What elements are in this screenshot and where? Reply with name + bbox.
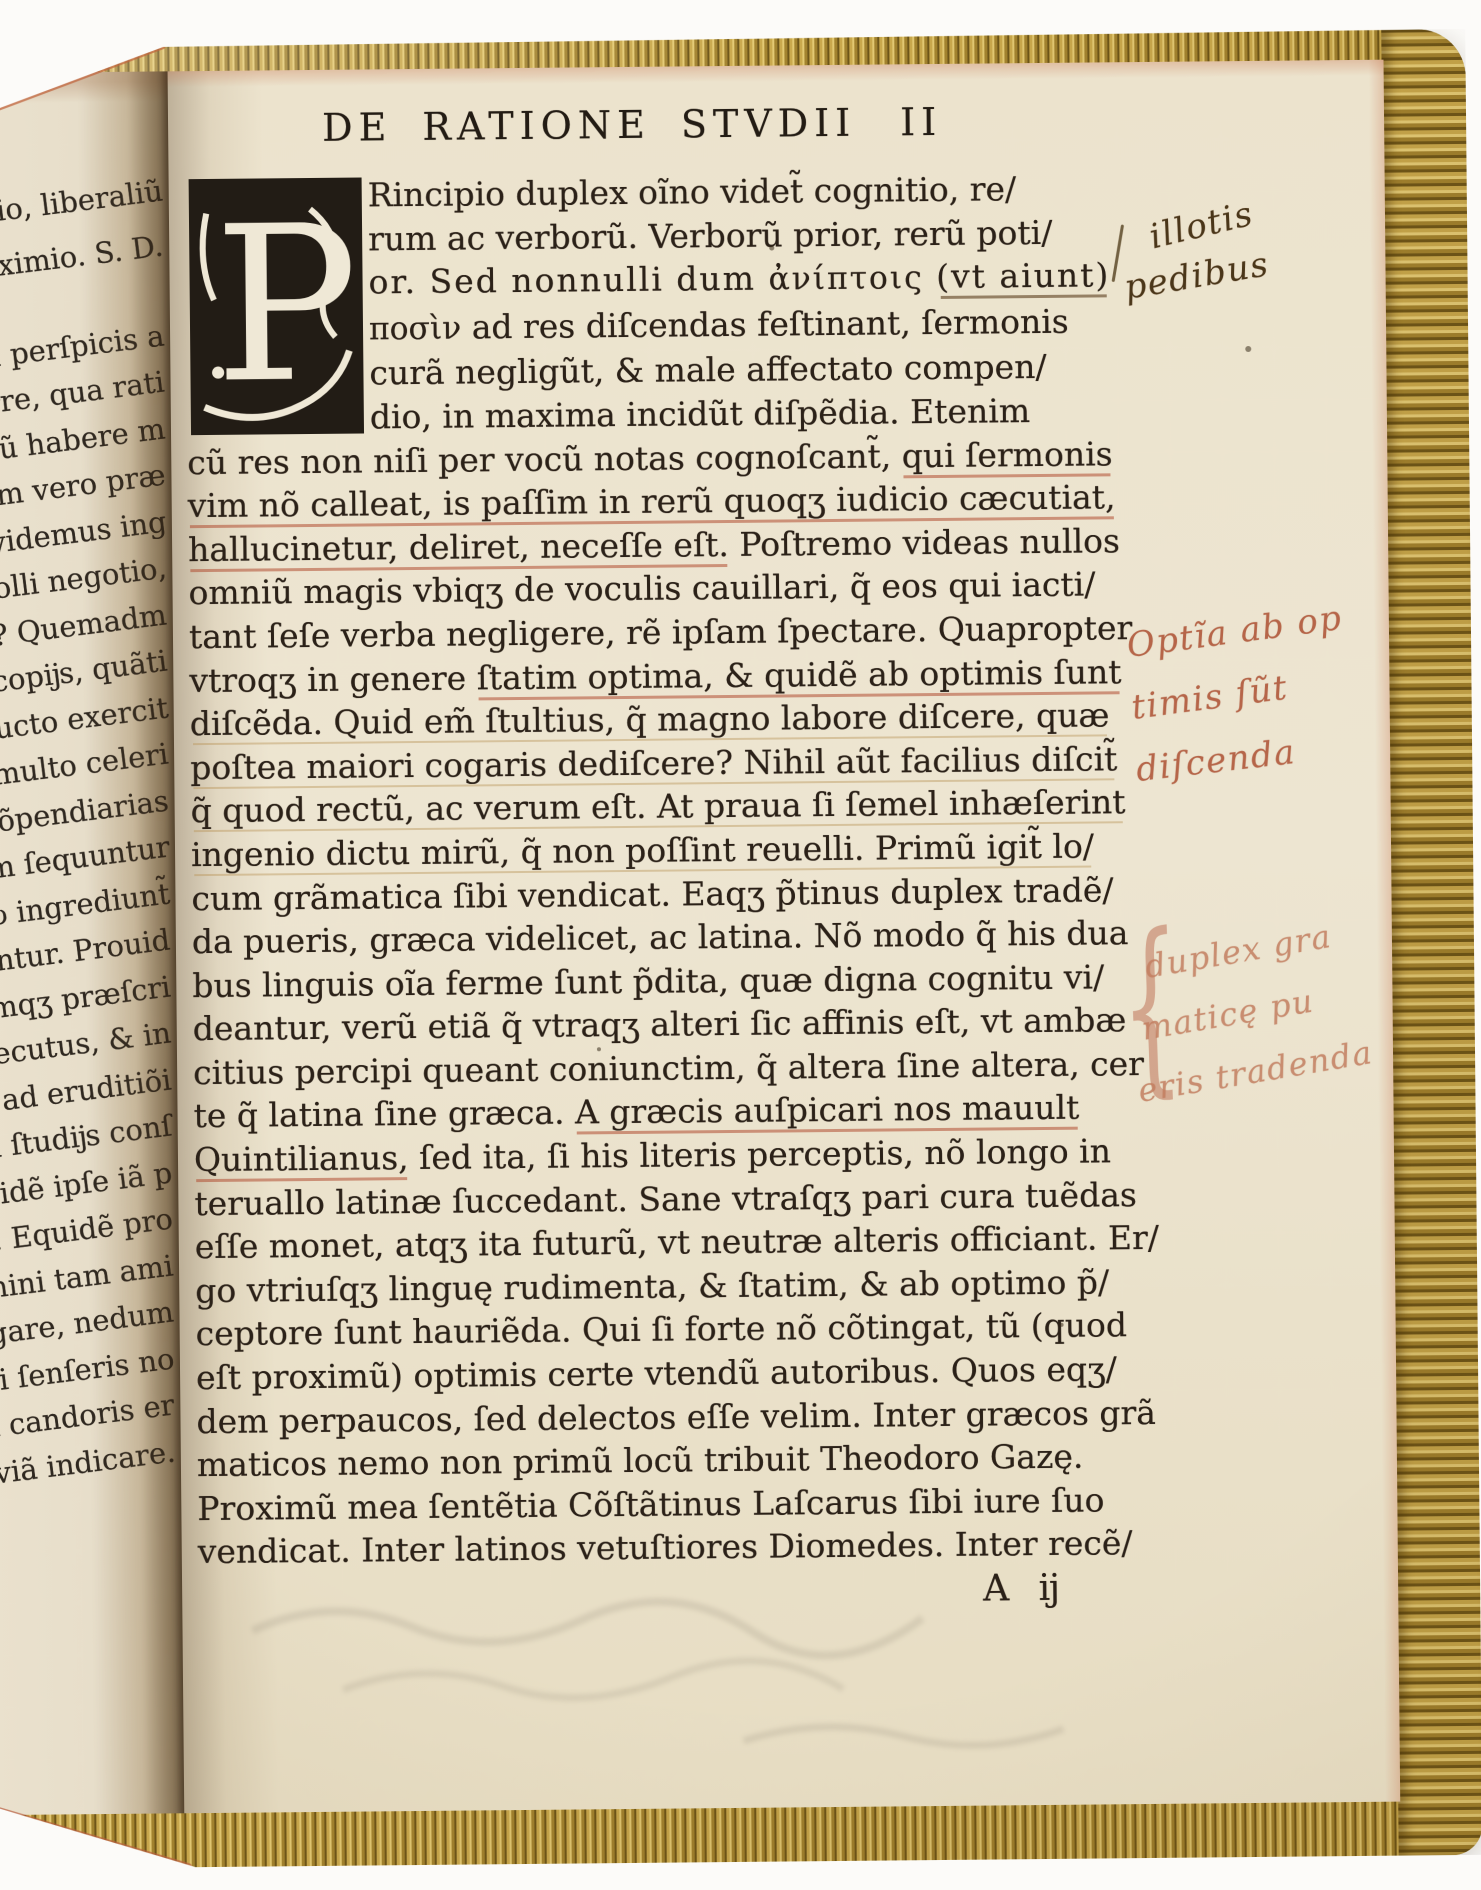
margin-note-line: Optĩa ab op [1124, 598, 1344, 666]
text-segment: deantur, verũ etiã q̃ vtraqʒ alteri ſic … [193, 1000, 1127, 1048]
text-segment: eſſe monet, atqʒ ita futurũ, vt neutræ a… [195, 1218, 1159, 1266]
verso-page: o Viterio, liberaliũeximio. S. D.uiſſime… [0, 71, 184, 1815]
paper-speck [1060, 1323, 1064, 1327]
text-segment: citius percipi queant coniunctim, q̃ alt… [193, 1044, 1144, 1092]
text-segment: dio, in maxima incidũt diſpẽdia. Etenim [370, 391, 1031, 436]
text-segment: bus linguis oĩa ferme ſunt p̃dita, quæ d… [192, 957, 1104, 1005]
show-through-writing [222, 1562, 1144, 1791]
photo-background: o Viterio, liberaliũeximio. S. D.uiſſime… [0, 0, 1481, 1890]
page-header: DE RATIONE STVDII II [322, 100, 943, 150]
text-segment: vtroqʒ in genere [189, 658, 477, 700]
text-segment: ſed ita, ſi his literis perceptis, nõ lo… [408, 1131, 1111, 1177]
margin-note-line: pedibus [1121, 244, 1272, 308]
underlined-text: A græcis auſpicari nos mauult [575, 1088, 1080, 1132]
text-segment: go vtriuſqʒ linguę rudimenta, & ſtatim, … [195, 1262, 1109, 1310]
underlined-text: vim nõ calleat, is paſſim in rerũ quoqʒ … [188, 477, 1116, 525]
book: o Viterio, liberaliũeximio. S. D.uiſſime… [0, 29, 1481, 1869]
paper-speck [597, 1047, 601, 1051]
paper-speck [769, 246, 774, 251]
text-block: Rincipio duplex oĩno videt̃ cognitio, re… [185, 166, 1143, 1574]
underlined-text: hallucinetur, deliret, neceſſe eſt. [188, 525, 729, 569]
underlined-text: (vt aiunt) [936, 256, 1111, 297]
underlined-text: Quintilianus, [194, 1138, 409, 1179]
text-segment: cum grãmatica ſibi vendicat. Eaqʒ p̃tinu… [191, 870, 1113, 918]
margin-note-line: timis ſũt [1129, 668, 1290, 728]
text-segment: Proximũ mea ſentẽtia Cõſtãtinus Laſcarus… [197, 1480, 1104, 1528]
text-segment: Poſtremo videas nullos [729, 521, 1120, 564]
text-segment: ceptore ſunt hauriẽda. Qui ſi forte nõ c… [195, 1306, 1127, 1354]
text-segment: te q̃ latina ſine græca. [193, 1093, 575, 1136]
paper-speck [1245, 346, 1251, 352]
text-segment: teruallo latinæ ſuccedant. Sane vtraſqʒ … [194, 1175, 1137, 1223]
page-block: o Viterio, liberaliũeximio. S. D.uiſſime… [0, 60, 1400, 1815]
underlined-text: qui ſermonis [902, 434, 1113, 475]
text-segment: maticos nemo non primũ locũ tribuit Theo… [197, 1437, 1084, 1485]
text-segment: ποσὶν [369, 310, 462, 347]
text-segment: curã negligũt, & male affectato compen/ [369, 347, 1046, 392]
text-segment: omniũ magis vbiqʒ de voculis cauillari, … [188, 565, 1095, 613]
margin-note-line: diſcenda [1134, 732, 1298, 790]
text-segment: dem perpaucos, ſed delectos eſſe velim. … [196, 1393, 1156, 1441]
text-segment: eſt proximũ) optimis certe vtendũ autori… [196, 1349, 1117, 1397]
text-segment [923, 257, 936, 296]
folio-number: II [900, 100, 942, 144]
underlined-text: ſtatim optima, & quidẽ ab optimis ſunt [477, 652, 1122, 697]
underlined-text: poſtea maiori cogaris dediſcere? Nihil a… [190, 739, 1118, 787]
recto-page: DE RATIONE STVDII II P Rincipio duplex o… [168, 60, 1401, 1814]
text-segment: Rincipio duplex oĩno videt̃ cognitio, re… [368, 169, 1017, 214]
text-segment: ad res diſcendas feſtinant, ſermonis [461, 302, 1069, 347]
text-segment: da pueris, græca videlicet, ac latina. N… [192, 913, 1129, 961]
text-segment: or. Sed nonnulli dum [368, 259, 768, 302]
underlined-text: diſcẽda. Quid em̃ ſtultius, q̃ magno lab… [190, 695, 1110, 743]
text-segment: cũ res non niſi per vocũ notas cognoſcan… [187, 436, 902, 482]
page-title: DE RATIONE STVDII [322, 101, 857, 150]
text-segment: rum ac verborũ. Verborũ prior, rerũ poti… [368, 212, 1053, 258]
text-segment: ἀνίπτοις [768, 260, 924, 297]
underlined-text: q̃ quod rectũ, ac verum eſt. At praua ſi… [190, 783, 1125, 831]
underlined-text: ingenio dictu mirũ, q̃ non poſſint reuel… [191, 826, 1094, 874]
gutter-shadow [0, 71, 184, 1815]
text-segment: tant ſeſe verba negligere, rẽ ipſam ſpec… [189, 608, 1133, 656]
